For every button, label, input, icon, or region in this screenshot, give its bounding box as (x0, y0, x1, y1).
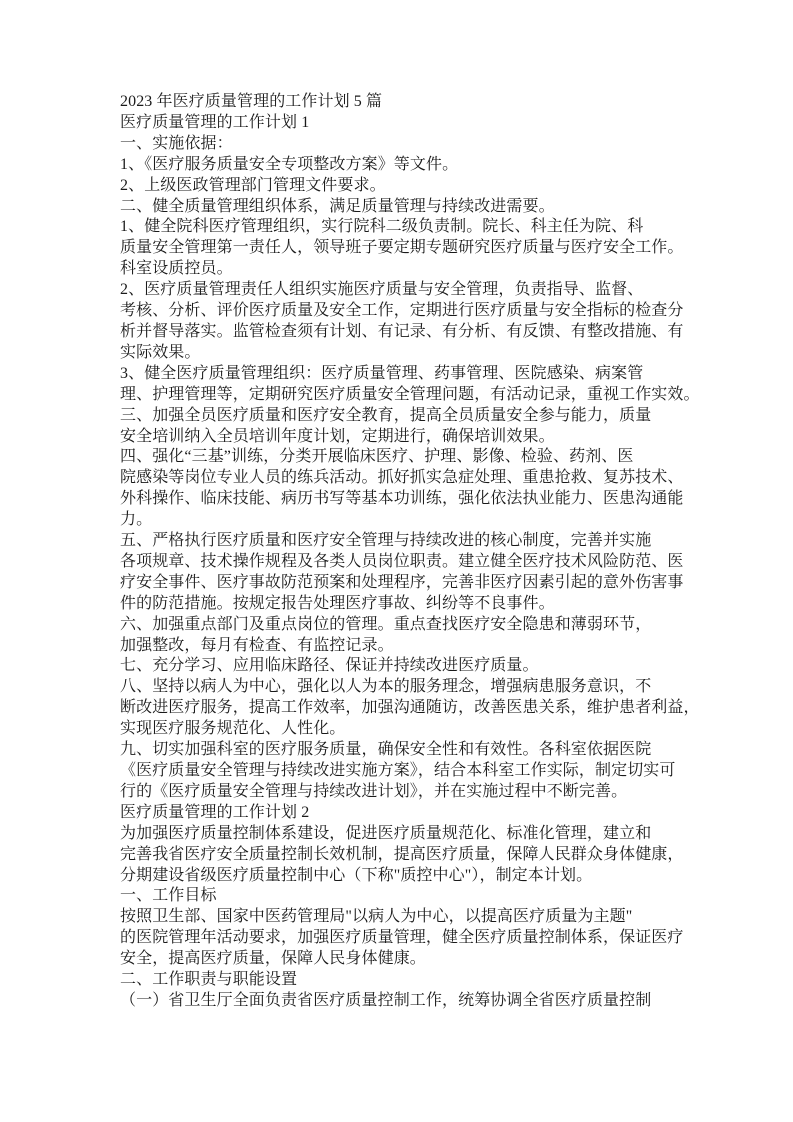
text-line: 八、坚持以病人为中心，强化以人为本的服务理念，增强病患服务意识，不 (120, 677, 700, 698)
text-line: 件的防范措施。按规定报告处理医疗事故、纠纷等不良事件。 (120, 594, 700, 615)
text-line: 科室设质控员。 (120, 259, 700, 280)
text-line: 一、工作目标 (120, 886, 700, 907)
text-line: 2、上级医政管理部门管理文件要求。 (120, 176, 700, 197)
text-line: 加强整改，每月有检查、有监控记录。 (120, 636, 700, 657)
text-line: 医疗质量管理的工作计划 1 (120, 113, 700, 134)
text-line: 分期建设省级医疗质量控制中心（下称"质控中心"），制定本计划。 (120, 866, 700, 887)
text-line: 考核、分析、评价医疗质量及安全工作，定期进行医疗质量与安全指标的检查分 (120, 301, 700, 322)
text-line: 九、切实加强科室的医疗服务质量，确保安全性和有效性。各科室依据医院 (120, 740, 700, 761)
text-line: 1、《医疗服务质量安全专项整改方案》等文件。 (120, 155, 700, 176)
text-line: 外科操作、临床技能、病历书写等基本功训练，强化依法执业能力、医患沟通能 (120, 489, 700, 510)
text-line: 析并督导落实。监管检查须有计划、有记录、有分析、有反馈、有整改措施、有 (120, 322, 700, 343)
document-title: 2023 年医疗质量管理的工作计划 5 篇 (120, 92, 700, 113)
text-line: 3、健全医疗质量管理组织：医疗质量管理、药事管理、医院感染、病案管 (120, 364, 700, 385)
text-line: 2、医疗质量管理责任人组织实施医疗质量与安全管理，负责指导、监督、 (120, 280, 700, 301)
text-line: 安全培训纳入全员培训年度计划，定期进行，确保培训效果。 (120, 427, 700, 448)
text-line: 理、护理管理等，定期研究医疗质量安全管理问题，有活动记录，重视工作实效。 (120, 385, 700, 406)
text-line: 为加强医疗质量控制体系建设，促进医疗质量规范化、标准化管理，建立和 (120, 824, 700, 845)
text-line: 实际效果。 (120, 343, 700, 364)
text-line: 一、实施依据： (120, 134, 700, 155)
text-line: 三、加强全员医疗质量和医疗安全教育，提高全员质量安全参与能力，质量 (120, 406, 700, 427)
text-line: 1、健全院科医疗管理组织，实行院科二级负责制。院长、科主任为院、科 (120, 217, 700, 238)
text-line: 七、充分学习、应用临床路径、保证并持续改进医疗质量。 (120, 656, 700, 677)
text-line: 安全，提高医疗质量，保障人民身体健康。 (120, 949, 700, 970)
text-line: 《医疗质量安全管理与持续改进实施方案》，结合本科室工作实际，制定切实可 (120, 761, 700, 782)
text-line: 断改进医疗服务，提高工作效率，加强沟通随访，改善医患关系，维护患者利益， (120, 698, 700, 719)
text-line: 六、加强重点部门及重点岗位的管理。重点查找医疗安全隐患和薄弱环节， (120, 615, 700, 636)
document-body: 2023 年医疗质量管理的工作计划 5 篇医疗质量管理的工作计划 1一、实施依据… (120, 92, 700, 1012)
text-line: 的医院管理年活动要求，加强医疗质量管理，健全医疗质量控制体系，保证医疗 (120, 928, 700, 949)
text-line: 五、严格执行医疗质量和医疗安全管理与持续改进的核心制度，完善并实施 (120, 531, 700, 552)
text-line: 二、健全质量管理组织体系，满足质量管理与持续改进需要。 (120, 197, 700, 218)
document-page: 2023 年医疗质量管理的工作计划 5 篇医疗质量管理的工作计划 1一、实施依据… (0, 0, 793, 1122)
text-line: （一）省卫生厅全面负责省医疗质量控制工作，统筹协调全省医疗质量控制 (120, 991, 700, 1012)
text-line: 二、工作职责与职能设置 (120, 970, 700, 991)
text-line: 完善我省医疗安全质量控制长效机制，提高医疗质量，保障人民群众身体健康， (120, 845, 700, 866)
text-line: 各项规章、技术操作规程及各类人员岗位职责。建立健全医疗技术风险防范、医 (120, 552, 700, 573)
text-line: 按照卫生部、国家中医药管理局"以病人为中心，以提高医疗质量为主题" (120, 907, 700, 928)
text-line: 行的《医疗质量安全管理与持续改进计划》，并在实施过程中不断完善。 (120, 782, 700, 803)
text-line: 疗安全事件、医疗事故防范预案和处理程序，完善非医疗因素引起的意外伤害事 (120, 573, 700, 594)
text-line: 力。 (120, 510, 700, 531)
text-line: 四、强化“三基”训练，分类开展临床医疗、护理、影像、检验、药剂、医 (120, 447, 700, 468)
text-line: 医疗质量管理的工作计划 2 (120, 803, 700, 824)
text-line: 院感染等岗位专业人员的练兵活动。抓好抓实急症处理、重患抢救、复苏技术、 (120, 468, 700, 489)
text-line: 质量安全管理第一责任人，领导班子要定期专题研究医疗质量与医疗安全工作。 (120, 238, 700, 259)
text-line: 实现医疗服务规范化、人性化。 (120, 719, 700, 740)
